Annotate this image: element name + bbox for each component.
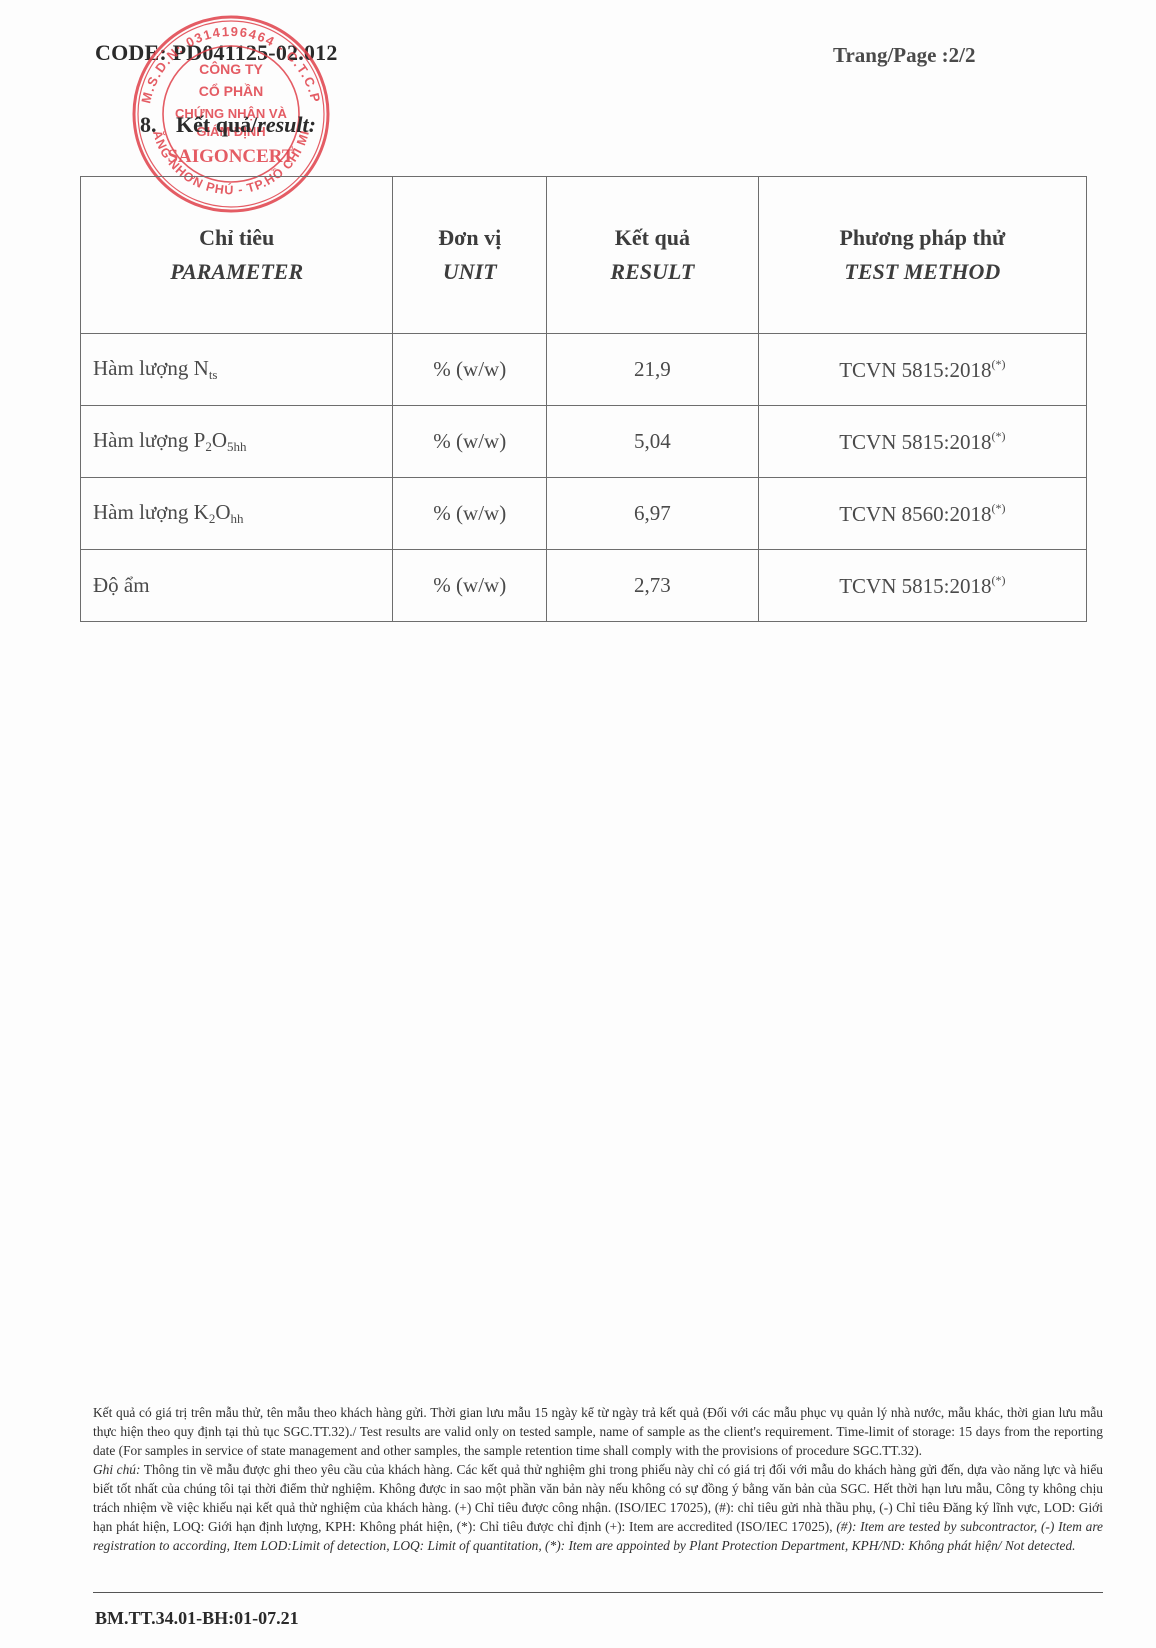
cell-method: TCVN 5815:2018(*): [758, 406, 1086, 478]
cell-parameter: Hàm lượng K2Ohh: [81, 478, 393, 550]
cell-result: 2,73: [547, 550, 759, 622]
header-parameter: Chỉ tiêu PARAMETER: [81, 177, 393, 334]
cell-method: TCVN 5815:2018(*): [758, 550, 1086, 622]
table-row: Hàm lượng Nts % (w/w) 21,9 TCVN 5815:201…: [81, 334, 1087, 406]
validity-note: Kết quả có giá trị trên mẫu thử, tên mẫu…: [93, 1403, 1103, 1460]
section-title-en: result:: [257, 112, 316, 137]
header-unit: Đơn vị UNIT: [393, 177, 547, 334]
cell-method: TCVN 5815:2018(*): [758, 334, 1086, 406]
remark-label: Ghi chú:: [93, 1462, 140, 1477]
header-test-method: Phương pháp thử TEST METHOD: [758, 177, 1086, 334]
cell-unit: % (w/w): [393, 478, 547, 550]
remark-note: Ghi chú: Thông tin về mẫu được ghi theo …: [93, 1460, 1103, 1555]
cell-unit: % (w/w): [393, 406, 547, 478]
cell-method: TCVN 8560:2018(*): [758, 478, 1086, 550]
footer-notes: Kết quả có giá trị trên mẫu thử, tên mẫu…: [93, 1403, 1103, 1555]
results-table: Chỉ tiêu PARAMETER Đơn vị UNIT Kết quả R…: [80, 176, 1087, 622]
cell-parameter: Độ ẩm: [81, 550, 393, 622]
header-result: Kết quả RESULT: [547, 177, 759, 334]
section-number: 8.: [140, 112, 176, 138]
footer-divider: [93, 1592, 1103, 1593]
svg-text:CỔ PHẦN: CỔ PHẦN: [199, 82, 264, 99]
cell-result: 5,04: [547, 406, 759, 478]
table-row: Độ ẩm % (w/w) 2,73 TCVN 5815:2018(*): [81, 550, 1087, 622]
cell-unit: % (w/w): [393, 550, 547, 622]
cell-result: 6,97: [547, 478, 759, 550]
table-row: Hàm lượng K2Ohh % (w/w) 6,97 TCVN 8560:2…: [81, 478, 1087, 550]
report-code: CODE: PD041125-02.012: [95, 40, 338, 66]
table-header-row: Chỉ tiêu PARAMETER Đơn vị UNIT Kết quả R…: [81, 177, 1087, 334]
form-code: BM.TT.34.01-BH:01-07.21: [95, 1608, 299, 1629]
cell-unit: % (w/w): [393, 334, 547, 406]
page-number: Trang/Page :2/2: [833, 43, 976, 68]
cell-parameter: Hàm lượng Nts: [81, 334, 393, 406]
cell-result: 21,9: [547, 334, 759, 406]
table-row: Hàm lượng P2O5hh % (w/w) 5,04 TCVN 5815:…: [81, 406, 1087, 478]
svg-text:SAIGONCERT: SAIGONCERT: [167, 146, 294, 167]
cell-parameter: Hàm lượng P2O5hh: [81, 406, 393, 478]
section-title: 8.Kết quả/result:: [140, 112, 316, 138]
section-title-vi: Kết quả/: [176, 112, 257, 137]
